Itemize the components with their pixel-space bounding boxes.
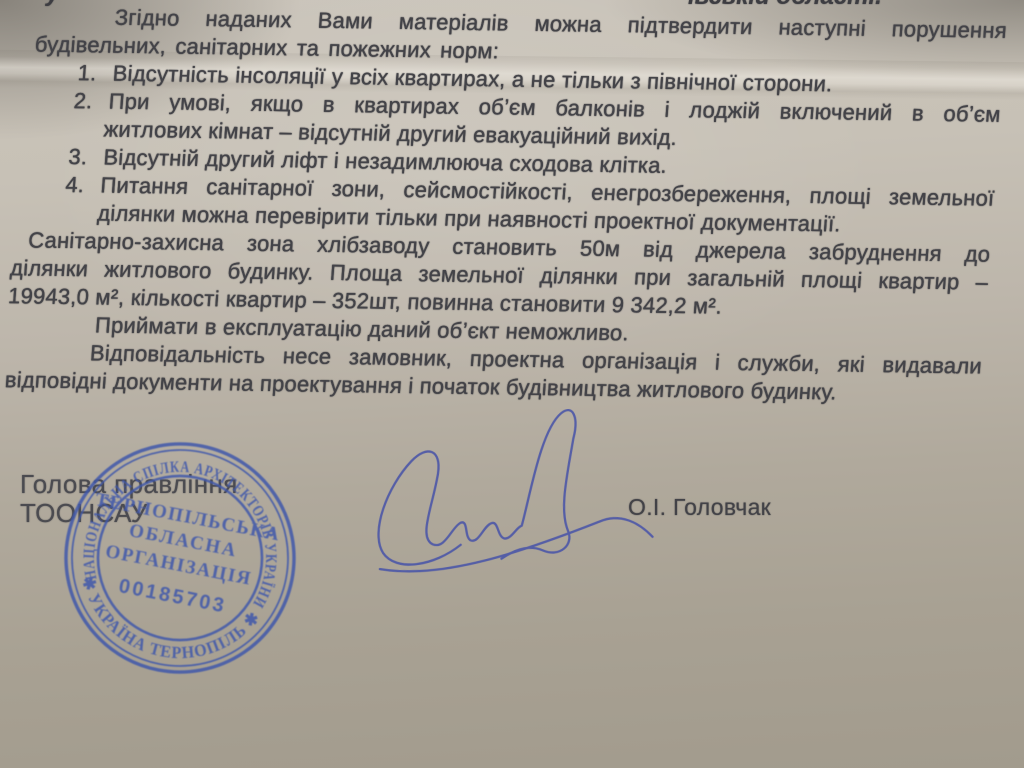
letter-body: Згідно наданих Вами матеріалів можна під… <box>0 2 1008 409</box>
list-number: 2. <box>73 87 110 115</box>
handwritten-signature <box>353 384 673 600</box>
signature-main-stroke <box>372 410 582 566</box>
top-cutoff-fragment-right: івській області. <box>688 0 882 11</box>
document-photo: у івській області. Згідно наданих Вами м… <box>0 0 1024 768</box>
list-number: 4. <box>64 171 101 199</box>
list-number: 3. <box>68 143 105 171</box>
list-number: 1. <box>77 59 114 87</box>
organization-stamp: НАЦІОНАЛЬНА СПІЛКА АРХІТЕКТОРІВ УКРАЇНИ … <box>50 428 310 688</box>
